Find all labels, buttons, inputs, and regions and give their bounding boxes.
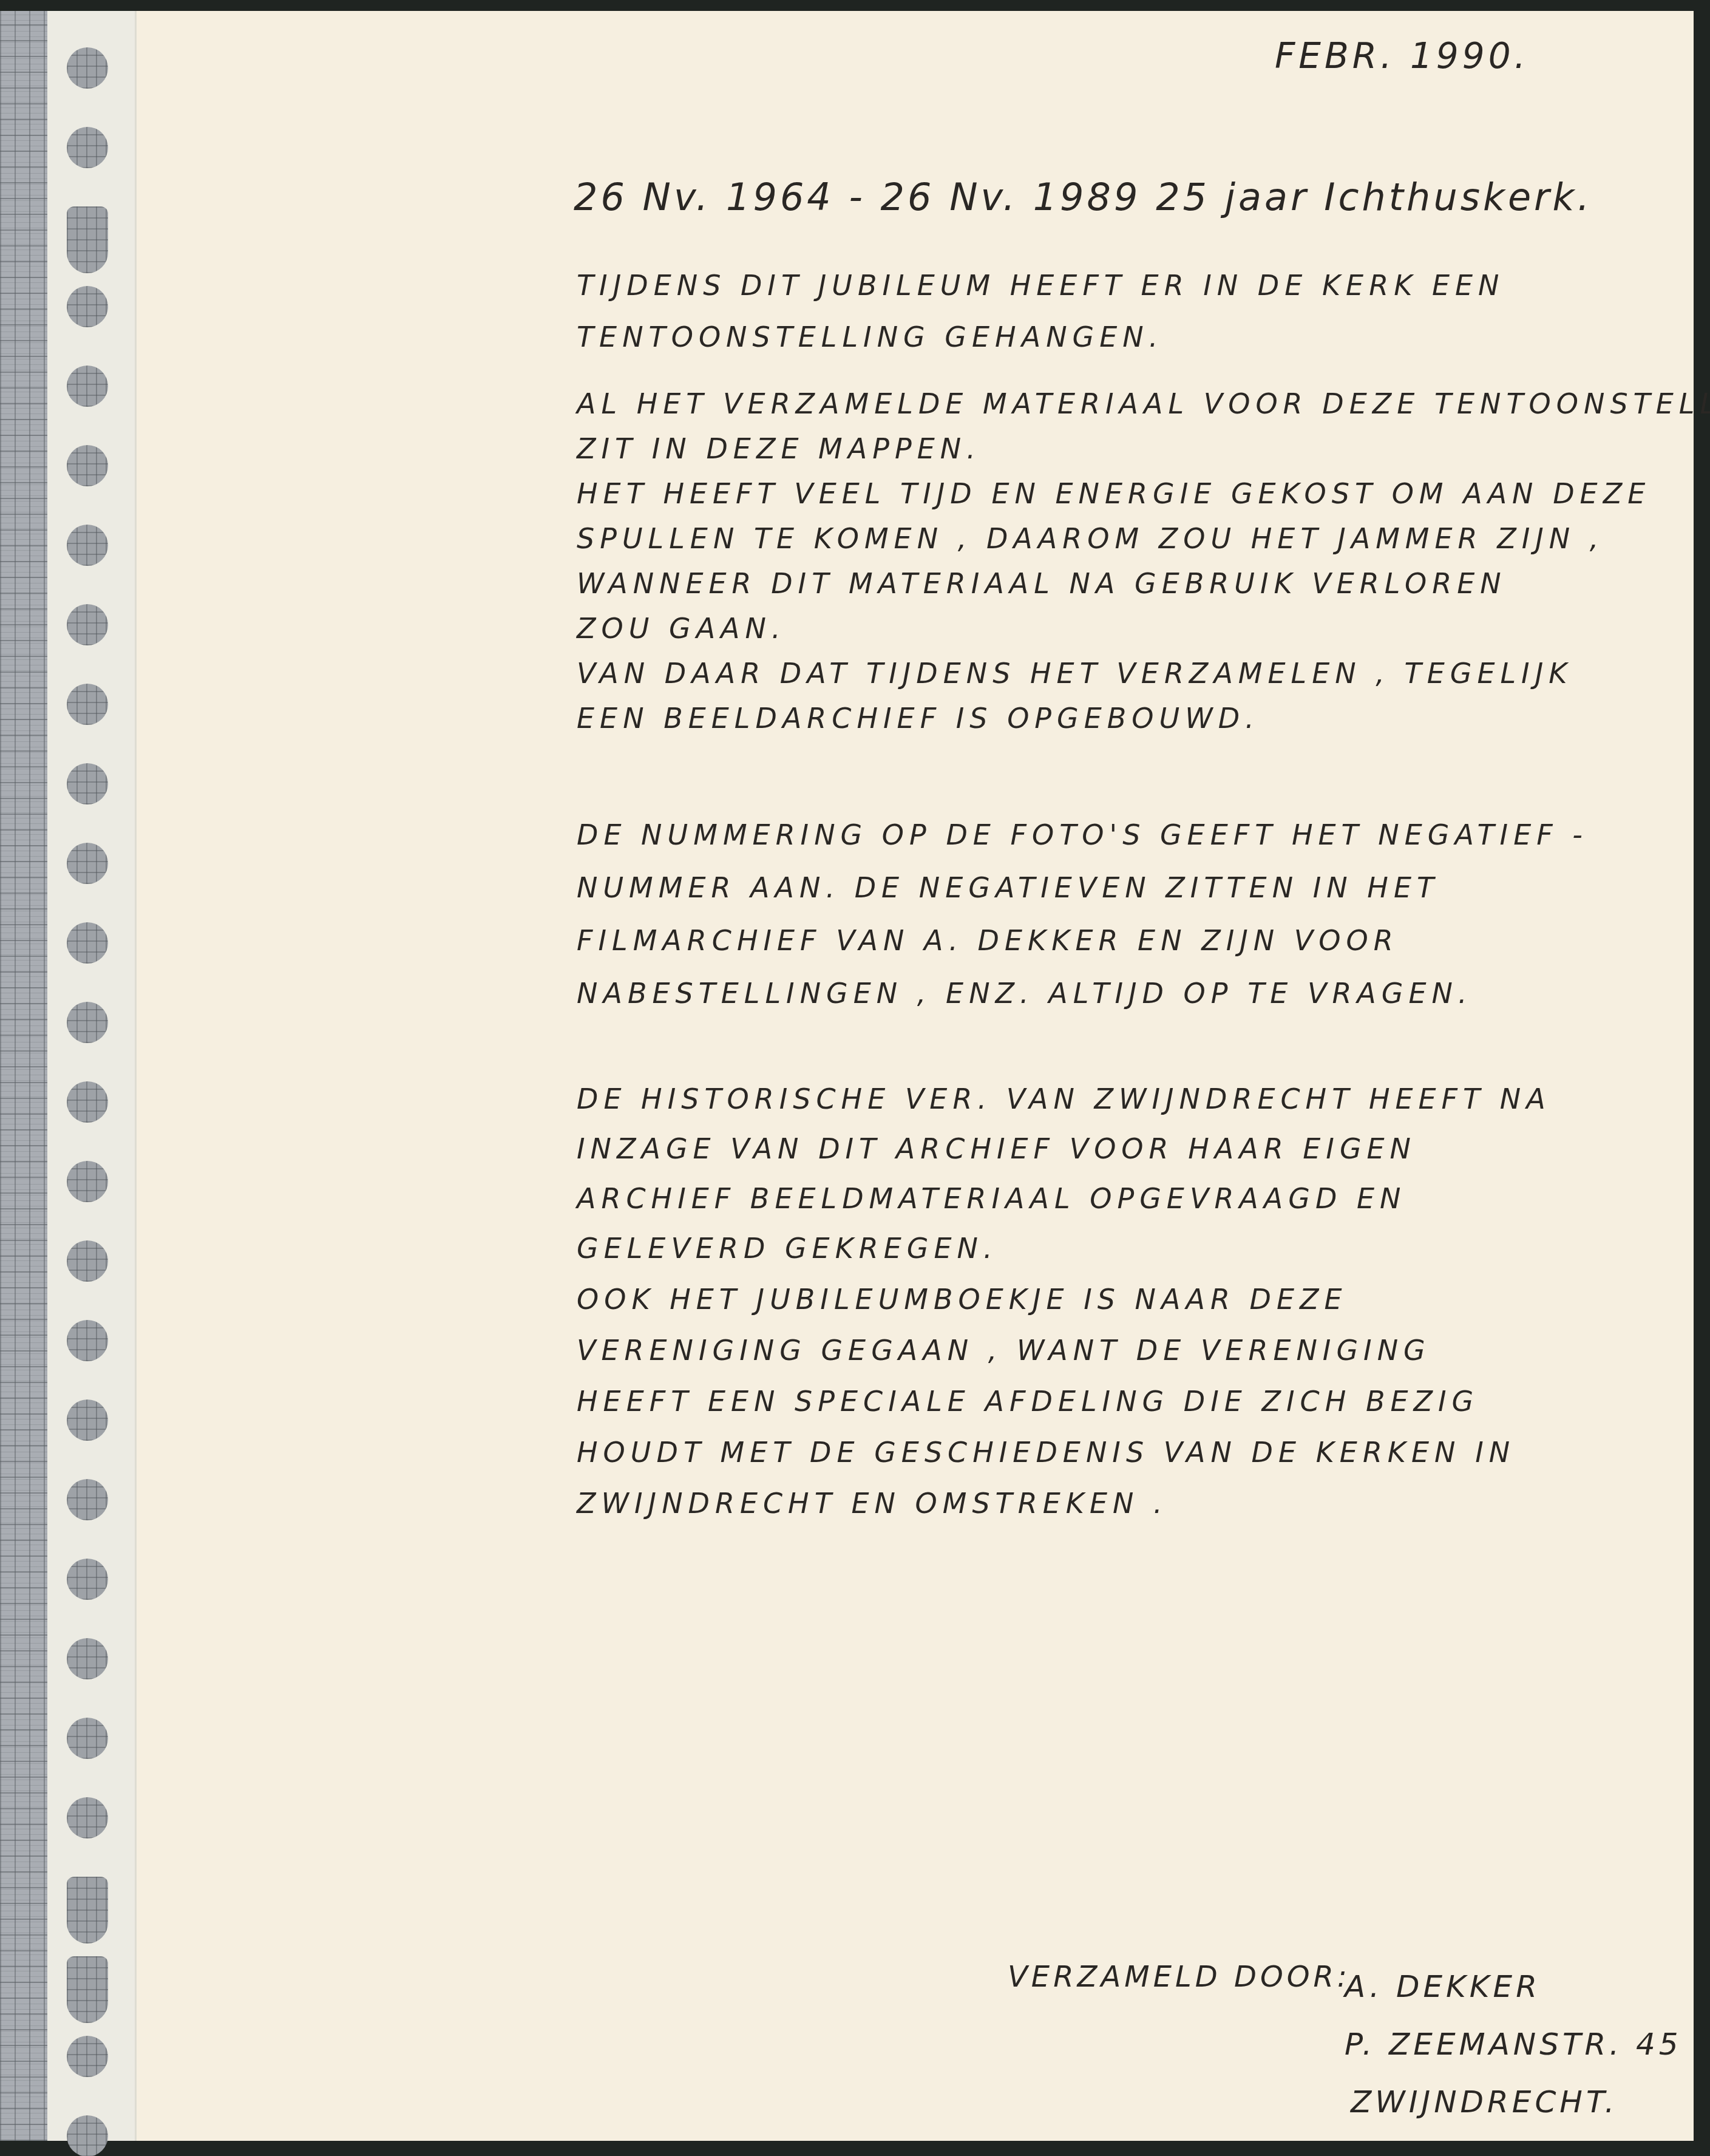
text-line: Tijdens dit jubileum heeft er in de kerk… bbox=[577, 269, 1504, 321]
punch-hole bbox=[67, 922, 108, 964]
document-date: Febr. 1990. bbox=[1275, 35, 1529, 77]
text-line: Van daar dat tijdens het verzamelen , te… bbox=[577, 657, 1710, 702]
punch-hole bbox=[67, 1877, 108, 1943]
text-line: filmarchief van A. Dekker en zijn voor bbox=[577, 924, 1588, 977]
text-line: Ook het jubileumboekje is naar deze bbox=[577, 1283, 1515, 1334]
text-line: vereniging gegaan , want de vereniging bbox=[577, 1334, 1515, 1385]
handwritten-page: Febr. 1990. 26 Nv. 1964 - 26 Nv. 1989 25… bbox=[137, 11, 1694, 2141]
document-title: 26 Nv. 1964 - 26 Nv. 1989 25 jaar Ichthu… bbox=[574, 175, 1592, 219]
punch-hole bbox=[67, 525, 108, 566]
signature-name: A. Dekker bbox=[1345, 1969, 1541, 2004]
text-line: zou gaan. bbox=[577, 612, 1710, 657]
text-line: De Historische Ver. van Zwijndrecht heef… bbox=[577, 1083, 1551, 1132]
punch-hole bbox=[67, 1161, 108, 1202]
punch-hole bbox=[67, 2036, 108, 2077]
punch-hole bbox=[67, 206, 108, 273]
punch-hole bbox=[67, 1479, 108, 1520]
punch-hole bbox=[67, 1638, 108, 1679]
punch-hole bbox=[67, 1320, 108, 1361]
text-line: inzage van dit archief voor haar eigen bbox=[577, 1132, 1551, 1182]
paragraph-jubilee-booklet: Ook het jubileumboekje is naar deze vere… bbox=[577, 1283, 1515, 1538]
text-line: wanneer dit materiaal na gebruik verlore… bbox=[577, 567, 1710, 612]
text-line: nabestellingen , enz. altijd op te vrage… bbox=[577, 977, 1588, 1030]
punch-hole bbox=[67, 1002, 108, 1043]
punch-hole bbox=[67, 763, 108, 804]
punch-hole bbox=[67, 366, 108, 407]
punch-hole bbox=[67, 604, 108, 645]
punch-hole bbox=[67, 1797, 108, 1838]
punch-hole bbox=[67, 684, 108, 725]
punch-hole bbox=[67, 1240, 108, 1282]
paragraph-historical-society: De Historische Ver. van Zwijndrecht heef… bbox=[577, 1083, 1551, 1282]
punch-hole bbox=[67, 2115, 108, 2156]
punch-hole bbox=[67, 1956, 108, 2023]
text-line: een beeldarchief is opgebouwd. bbox=[577, 702, 1710, 747]
signature-label: Verzameld door: bbox=[1008, 1960, 1351, 1994]
text-line: heeft een speciale afdeling die zich bez… bbox=[577, 1385, 1515, 1436]
text-line: tentoonstelling gehangen. bbox=[577, 321, 1504, 372]
text-line: Het heeft veel tijd en energie gekost om… bbox=[577, 477, 1710, 522]
text-line: Zwijndrecht en omstreken . bbox=[577, 1487, 1515, 1538]
text-line: archief beeldmateriaal opgevraagd en bbox=[577, 1182, 1551, 1232]
signature-city: Zwijndrecht. bbox=[1351, 2084, 1618, 2120]
punch-hole bbox=[67, 1559, 108, 1600]
punch-hole bbox=[67, 445, 108, 486]
text-line: nummer aan. De negatieven zitten in het bbox=[577, 871, 1588, 924]
text-line: De nummering op de foto's geeft het nega… bbox=[577, 818, 1588, 871]
paragraph-material: Al het verzamelde materiaal voor deze te… bbox=[577, 387, 1710, 747]
text-line: zit in deze mappen. bbox=[577, 432, 1710, 477]
text-line: Al het verzamelde materiaal voor deze te… bbox=[577, 387, 1710, 432]
punch-hole bbox=[67, 47, 108, 89]
signature-street: P. Zeemanstr. 45 bbox=[1345, 2027, 1682, 2062]
punch-hole bbox=[67, 1718, 108, 1759]
punch-hole bbox=[67, 286, 108, 327]
punch-hole bbox=[67, 843, 108, 884]
punch-hole bbox=[67, 1081, 108, 1123]
binder-cover-strip bbox=[0, 11, 47, 2141]
text-line: houdt met de geschiedenis van de kerken … bbox=[577, 1436, 1515, 1487]
paragraph-exhibition: Tijdens dit jubileum heeft er in de kerk… bbox=[577, 269, 1504, 372]
text-line: geleverd gekregen. bbox=[577, 1232, 1551, 1282]
punch-hole bbox=[67, 1399, 108, 1441]
paragraph-numbering: De nummering op de foto's geeft het nega… bbox=[577, 818, 1588, 1030]
text-line: spullen te komen , daarom zou het jammer… bbox=[577, 522, 1710, 567]
punch-hole bbox=[67, 127, 108, 168]
